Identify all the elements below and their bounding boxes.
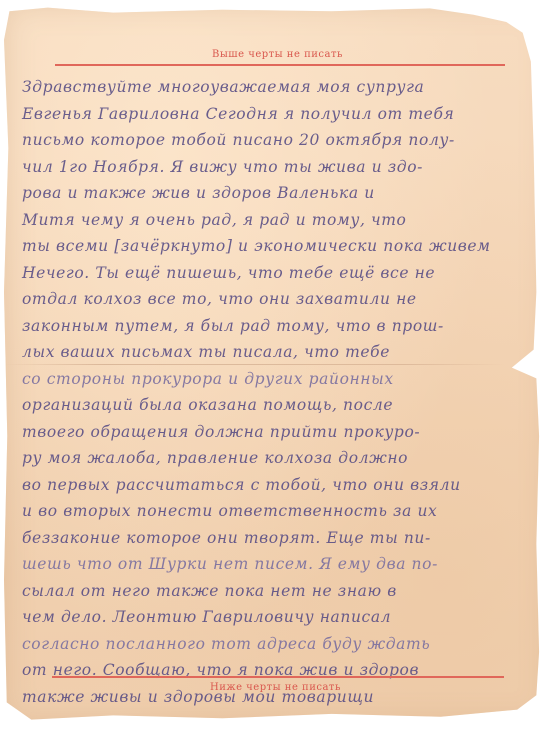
- letter-line: во первых рассчитаться с тобой, что они …: [22, 472, 542, 499]
- letter-line: ру моя жалоба, правление колхоза должно: [22, 445, 542, 472]
- letter-line: Евгенья Гавриловна Сегодня я получил от …: [22, 101, 542, 128]
- header-rule-line: [55, 64, 505, 66]
- letter-line: письмо которое тобой писано 20 октября п…: [22, 127, 542, 154]
- letter-line: беззаконие которое они творят. Еще ты пи…: [22, 525, 542, 552]
- letter-line: со стороны прокурора и других районных: [22, 366, 542, 393]
- letter-line: ты всеми [зачёркнуто] и экономически пок…: [22, 233, 542, 260]
- letter-line: чил 1го Ноября. Я вижу что ты жива и здо…: [22, 154, 542, 181]
- footer-printed-label: Ниже черты не писать: [210, 682, 341, 693]
- letter-line: чем дело. Леонтию Гавриловичу написал: [22, 604, 542, 631]
- letter-line: лых ваших письмах ты писала, что тебе: [22, 339, 542, 366]
- letter-line: согласно посланного тот адреса буду ждат…: [22, 631, 542, 658]
- letter-line: шешь что от Шурки нет писем. Я ему два п…: [22, 551, 542, 578]
- letter-line: организаций была оказана помощь, после: [22, 392, 542, 419]
- footer-rule-line: [52, 676, 504, 678]
- letter-line: сылал от него также пока нет не знаю в: [22, 578, 542, 605]
- letter-line: от него. Сообщаю, что я пока жив и здоро…: [22, 657, 542, 684]
- letter-body: Здравствуйте многоуважаемая моя супруга …: [22, 74, 542, 710]
- letter-line: Нечего. Ты ещё пишешь, что тебе ещё все …: [22, 260, 542, 287]
- letter-line: рова и также жив и здоров Валенька и: [22, 180, 542, 207]
- letter-line: Митя чему я очень рад, я рад и тому, что: [22, 207, 542, 234]
- letter-line: твоего обращения должна прийти прокуро-: [22, 419, 542, 446]
- letter-line: Здравствуйте многоуважаемая моя супруга: [22, 74, 542, 101]
- letter-line: законным путем, я был рад тому, что в пр…: [22, 313, 542, 340]
- letter-line: и во вторых понести ответственность за и…: [22, 498, 542, 525]
- letter-line: отдал колхоз все то, что они захватили н…: [22, 286, 542, 313]
- header-printed-label: Выше черты не писать: [212, 49, 343, 60]
